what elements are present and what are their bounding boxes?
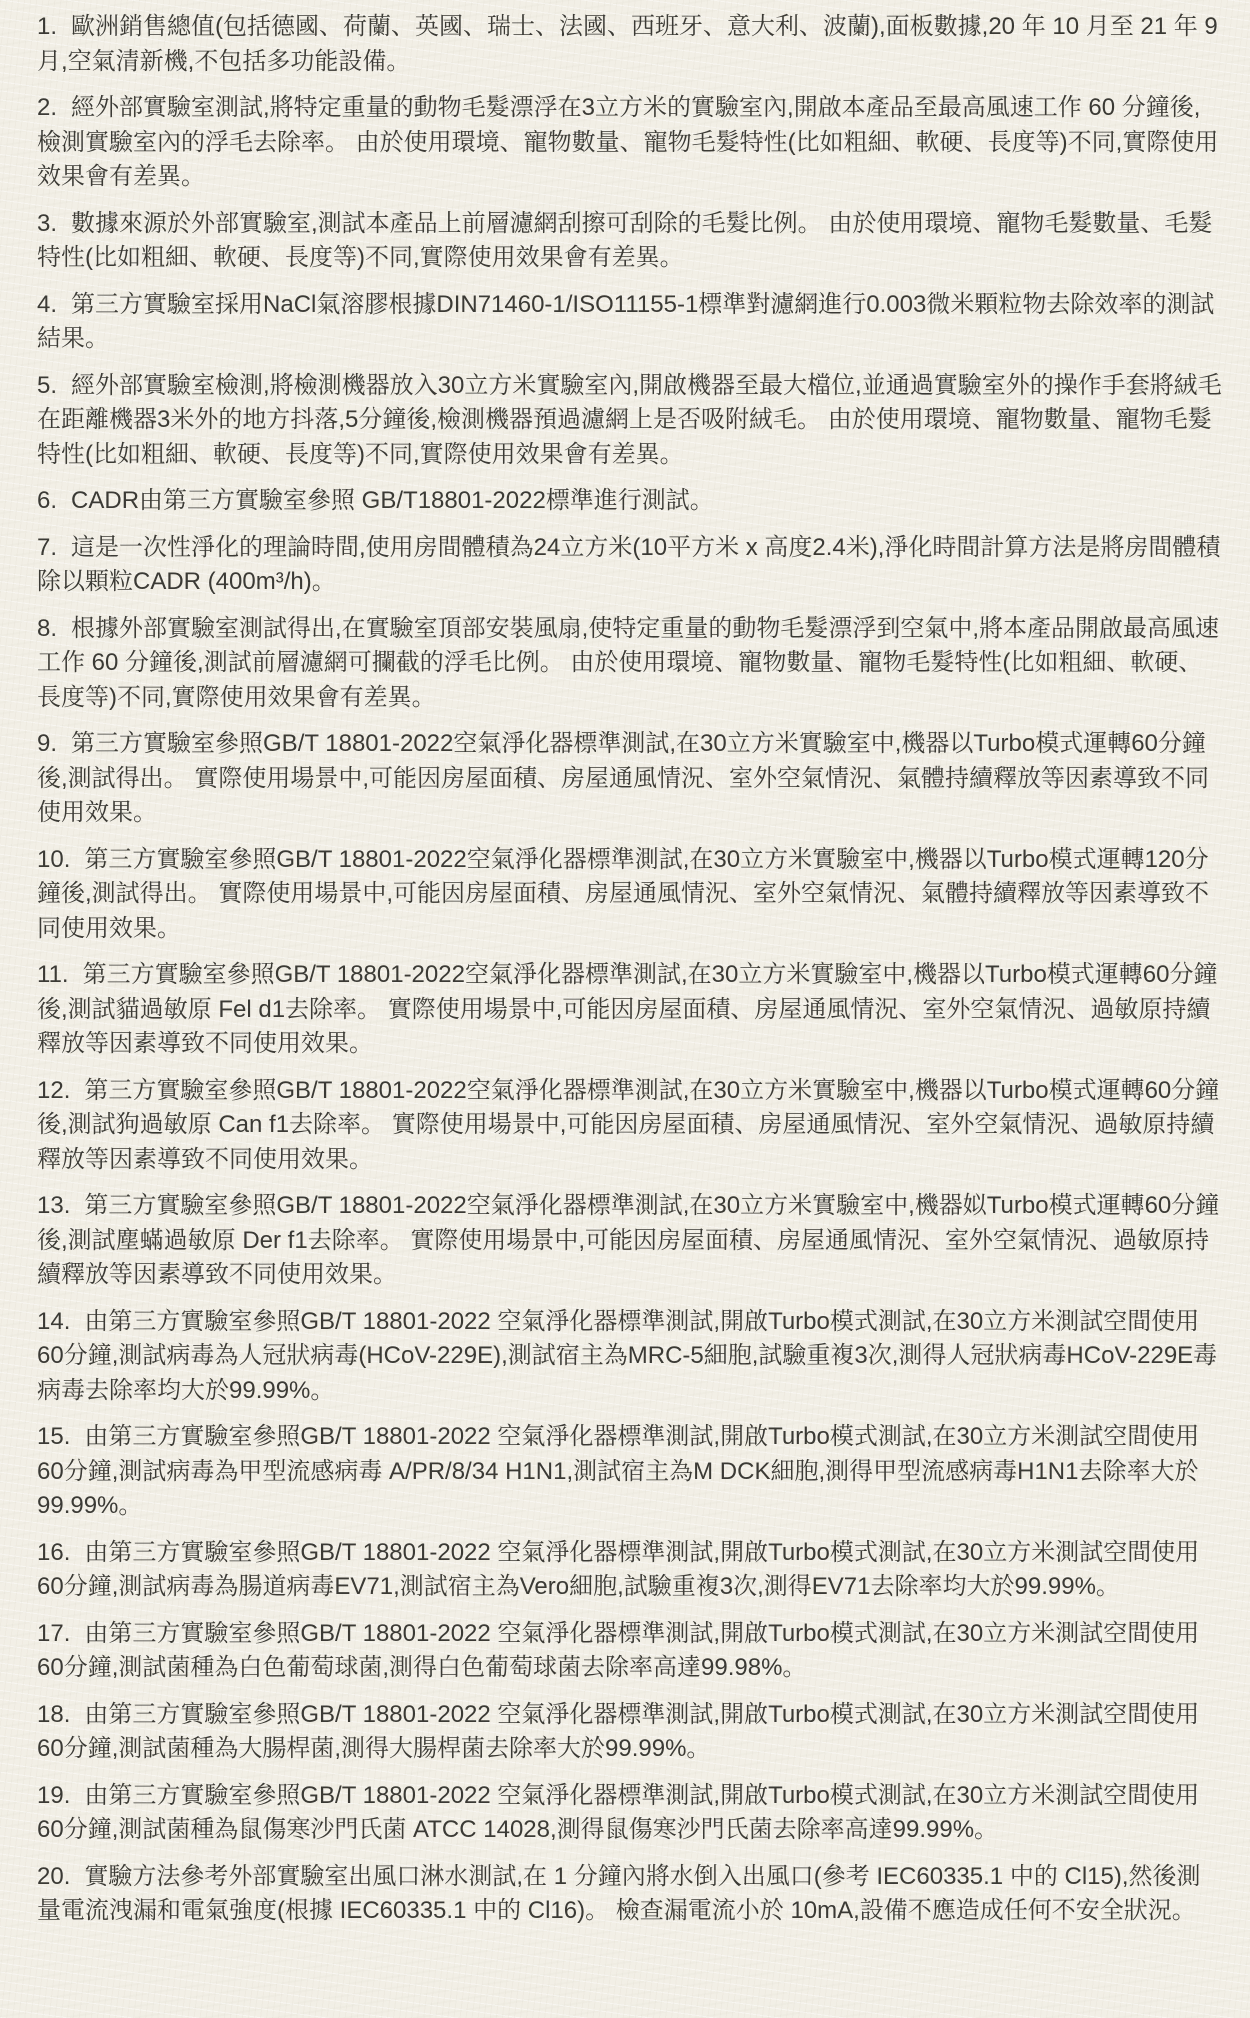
footnote-number: 19. — [37, 1782, 70, 1809]
footnote-number: 4. — [37, 291, 57, 318]
footnote-number: 11. — [37, 961, 69, 988]
footnote-text: 第三方實驗室參照GB/T 18801-2022空氣淨化器標準測試,在30立方米實… — [37, 961, 1217, 1057]
footnote-number: 17. — [37, 1620, 70, 1647]
footnote-item: 6.CADR由第三方實驗室參照 GB/T18801-2022標準進行測試。 — [37, 484, 1222, 519]
footnote-item: 10.第三方實驗室參照GB/T 18801-2022空氣淨化器標準測試,在30立… — [37, 843, 1222, 947]
footnote-number: 16. — [37, 1539, 70, 1566]
footnote-text: 由第三方實驗室參照GB/T 18801-2022 空氣淨化器標準測試,開啟Tur… — [37, 1782, 1199, 1844]
footnote-item: 7.這是一次性淨化的理論時間,使用房間體積為24立方米(10平方米 x 高度2.… — [37, 531, 1222, 600]
footnote-item: 13.第三方實驗室參照GB/T 18801-2022空氣淨化器標準測試,在30立… — [37, 1189, 1222, 1293]
footnote-number: 8. — [37, 615, 57, 642]
footnote-text: 第三方實驗室參照GB/T 18801-2022空氣淨化器標準測試,在30立方米實… — [37, 846, 1209, 942]
footnote-text: 歐洲銷售總值(包括德國、荷蘭、英國、瑞士、法國、西班牙、意大利、波蘭),面板數據… — [37, 13, 1218, 75]
footnotes-list: 1.歐洲銷售總值(包括德國、荷蘭、英國、瑞士、法國、西班牙、意大利、波蘭),面板… — [0, 0, 1250, 2018]
footnote-text: 由第三方實驗室參照GB/T 18801-2022 空氣淨化器標準測試,開啟Tur… — [37, 1701, 1199, 1763]
footnote-number: 15. — [37, 1423, 70, 1450]
footnote-number: 18. — [37, 1701, 70, 1728]
footnote-text: 實驗方法參考外部實驗室出風口淋水測試,在 1 分鐘內將水倒入出風口(參考 IEC… — [37, 1863, 1201, 1925]
footnote-item: 19.由第三方實驗室參照GB/T 18801-2022 空氣淨化器標準測試,開啟… — [37, 1779, 1222, 1848]
footnote-text: 第三方實驗室採用NaCl氣溶膠根據DIN71460-1/ISO11155-1標準… — [37, 291, 1214, 353]
footnote-item: 2.經外部實驗室測試,將特定重量的動物毛髮漂浮在3立方米的實驗室內,開啟本產品至… — [37, 91, 1222, 195]
footnote-item: 3.數據來源於外部實驗室,測試本產品上前層濾網刮擦可刮除的毛髮比例。 由於使用環… — [37, 207, 1222, 276]
footnote-item: 11.第三方實驗室參照GB/T 18801-2022空氣淨化器標準測試,在30立… — [37, 958, 1222, 1062]
footnote-number: 2. — [37, 94, 57, 121]
footnote-text: 第三方實驗室參照GB/T 18801-2022空氣淨化器標準測試,在30立方米實… — [37, 1077, 1219, 1173]
footnote-item: 12.第三方實驗室參照GB/T 18801-2022空氣淨化器標準測試,在30立… — [37, 1074, 1222, 1178]
footnote-text: 由第三方實驗室參照GB/T 18801-2022 空氣淨化器標準測試,開啟Tur… — [37, 1620, 1199, 1682]
footnote-text: 第三方實驗室參照GB/T 18801-2022空氣淨化器標準測試,在30立方米實… — [37, 1192, 1219, 1288]
footnote-item: 18.由第三方實驗室參照GB/T 18801-2022 空氣淨化器標準測試,開啟… — [37, 1698, 1222, 1767]
footnote-item: 20.實驗方法參考外部實驗室出風口淋水測試,在 1 分鐘內將水倒入出風口(參考 … — [37, 1860, 1222, 1929]
footnote-number: 6. — [37, 487, 57, 514]
footnote-text: 這是一次性淨化的理論時間,使用房間體積為24立方米(10平方米 x 高度2.4米… — [37, 534, 1220, 596]
footnote-text: 根據外部實驗室測試得出,在實驗室頂部安裝風扇,使特定重量的動物毛髮漂浮到空氣中,… — [37, 615, 1219, 711]
footnote-text: 由第三方實驗室參照GB/T 18801-2022 空氣淨化器標準測試,開啟Tur… — [37, 1539, 1199, 1601]
footnote-text: 第三方實驗室參照GB/T 18801-2022空氣淨化器標準測試,在30立方米實… — [37, 730, 1209, 826]
footnote-number: 14. — [37, 1308, 70, 1335]
footnote-item: 15.由第三方實驗室參照GB/T 18801-2022 空氣淨化器標準測試,開啟… — [37, 1420, 1222, 1524]
footnote-item: 5.經外部實驗室檢測,將檢測機器放入30立方米實驗室內,開啟機器至最大檔位,並通… — [37, 369, 1222, 473]
footnote-number: 9. — [37, 730, 57, 757]
footnote-number: 5. — [37, 372, 57, 399]
footnote-text: 經外部實驗室檢測,將檢測機器放入30立方米實驗室內,開啟機器至最大檔位,並通過實… — [37, 372, 1222, 468]
footnote-number: 10. — [37, 846, 70, 873]
footnote-item: 9.第三方實驗室參照GB/T 18801-2022空氣淨化器標準測試,在30立方… — [37, 727, 1222, 831]
footnote-item: 16.由第三方實驗室參照GB/T 18801-2022 空氣淨化器標準測試,開啟… — [37, 1536, 1222, 1605]
footnote-item: 14.由第三方實驗室參照GB/T 18801-2022 空氣淨化器標準測試,開啟… — [37, 1305, 1222, 1409]
footnote-number: 3. — [37, 210, 57, 237]
footnote-item: 1.歐洲銷售總值(包括德國、荷蘭、英國、瑞士、法國、西班牙、意大利、波蘭),面板… — [37, 10, 1222, 79]
footnote-text: 由第三方實驗室參照GB/T 18801-2022 空氣淨化器標準測試,開啟Tur… — [37, 1423, 1199, 1519]
footnote-text: 經外部實驗室測試,將特定重量的動物毛髮漂浮在3立方米的實驗室內,開啟本產品至最高… — [37, 94, 1218, 190]
footnote-number: 1. — [37, 13, 57, 40]
footnote-item: 17.由第三方實驗室參照GB/T 18801-2022 空氣淨化器標準測試,開啟… — [37, 1617, 1222, 1686]
footnote-number: 20. — [37, 1863, 70, 1890]
footnote-text: 數據來源於外部實驗室,測試本產品上前層濾網刮擦可刮除的毛髮比例。 由於使用環境、… — [37, 210, 1212, 272]
footnote-item: 8.根據外部實驗室測試得出,在實驗室頂部安裝風扇,使特定重量的動物毛髮漂浮到空氣… — [37, 612, 1222, 716]
footnote-number: 12. — [37, 1077, 70, 1104]
footnote-item: 4.第三方實驗室採用NaCl氣溶膠根據DIN71460-1/ISO11155-1… — [37, 288, 1222, 357]
footnote-text: CADR由第三方實驗室參照 GB/T18801-2022標準進行測試。 — [71, 487, 714, 514]
footnote-number: 13. — [37, 1192, 70, 1219]
footnote-number: 7. — [37, 534, 57, 561]
footnote-text: 由第三方實驗室參照GB/T 18801-2022 空氣淨化器標準測試,開啟Tur… — [37, 1308, 1217, 1404]
